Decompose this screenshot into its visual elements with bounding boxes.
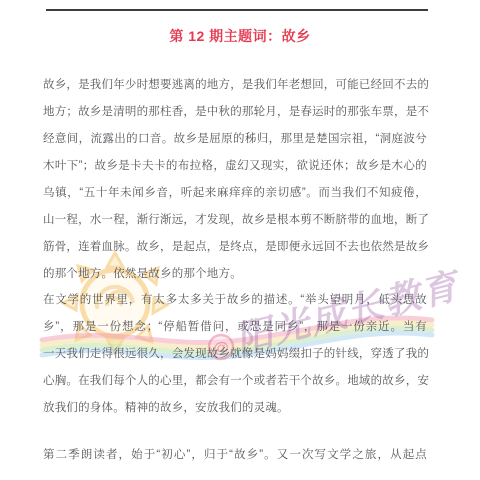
text-line: 心胸。在我们每个人的心里，都会有一个或者若干个故乡。地域的故乡，安 [43,368,427,395]
document-page: @ 阳光成长教育 第 12 期主题词：故乡 故乡，是我们年少时想要逃离的地方，是… [0,0,480,480]
text-line: 在文学的世界里，有太多太多关于故乡的描述。“举头望明月，低头思故 [43,287,427,314]
text-line: 乡”，那是一份想念；“停船暂借问，或恐是同乡”，那是一份亲近。当有 [43,314,427,341]
paragraph-2: 在文学的世界里，有太多太多关于故乡的描述。“举头望明月，低头思故乡”，那是一份想… [43,287,427,422]
paragraph-3: 第二季朗读者，始于“初心”，归于“故乡”。又一次写文学之旅，从起点 [43,442,427,469]
text-line: 乌镇，“五十年未闻乡音，听起来麻痒痒的亲切感”。而当我们不知疲倦， [43,180,427,207]
paragraph-1: 故乡，是我们年少时想要逃离的地方，是我们年老想回，可能已经回不去的地方；故乡是清… [43,72,427,288]
header-divider [46,9,428,11]
text-line: 木叶下”；故乡是卡夫卡的布拉格，虚幻又现实，欲说还休；故乡是木心的 [43,153,427,180]
text-line: 第二季朗读者，始于“初心”，归于“故乡”。又一次写文学之旅，从起点 [43,442,427,469]
text-line: 地方；故乡是清明的那柱香，是中秋的那轮月，是春运时的那张车票，是不 [43,99,427,126]
text-line: 的那个地方。依然是故乡的那个地方。 [43,261,427,288]
text-line: 放我们的身体。精神的故乡，安放我们的灵魂。 [43,395,427,422]
text-line: 筋骨，连着血脉。故乡，是起点，是终点，是即便永远回不去也依然是故乡 [43,234,427,261]
text-line: 山一程，水一程，渐行渐远，才发现，故乡是根本剪不断脐带的血地，断了 [43,207,427,234]
page-title: 第 12 期主题词：故乡 [0,26,480,46]
text-line: 故乡，是我们年少时想要逃离的地方，是我们年老想回，可能已经回不去的 [43,72,427,99]
text-line: 经意间，流露出的口音。故乡是屈原的秭归，那里是楚国宗祖，“洞庭波兮 [43,126,427,153]
text-line: 一天我们走得很远很久，会发现故乡就像是妈妈缀扣子的针线，穿透了我的 [43,341,427,368]
